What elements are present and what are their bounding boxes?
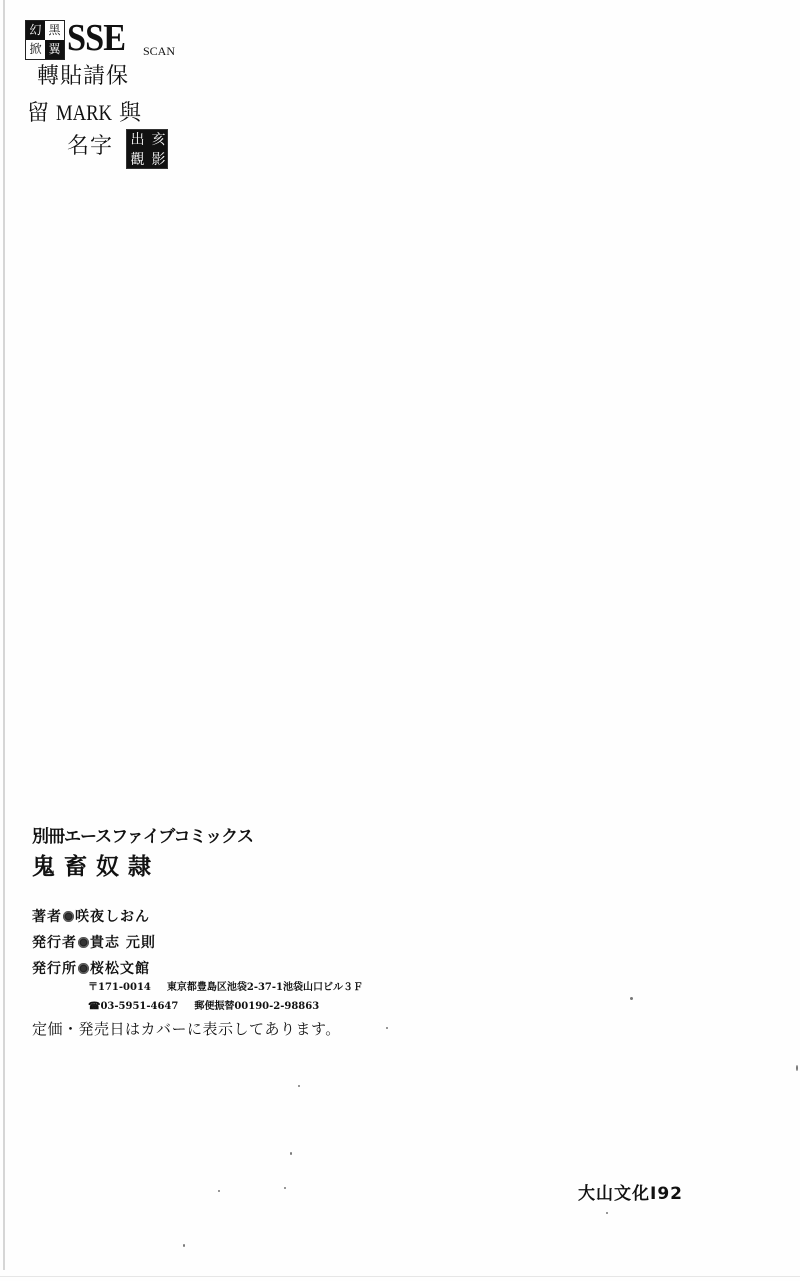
bullet-icon bbox=[63, 911, 74, 922]
group-name: SSE bbox=[67, 16, 125, 60]
book-title: 鬼畜奴隷 bbox=[32, 853, 160, 881]
repost-notice-line-3: 名字 bbox=[67, 134, 113, 160]
seal-icon: 出 亥 觀 影 bbox=[126, 129, 168, 169]
publisher-row: 発行所桜松文館 bbox=[32, 960, 150, 978]
postal-transfer: 郵便振替00190-2-98863 bbox=[194, 1001, 319, 1012]
group-stamp-icon: 幻 黑 掀 翼 bbox=[25, 20, 65, 60]
scan-speck bbox=[284, 1187, 286, 1189]
author-row: 著者咲夜しおん bbox=[32, 908, 150, 926]
price-note: 定価・発売日はカバーに表示してあります。 bbox=[32, 1019, 341, 1039]
notice-text: 留 bbox=[27, 101, 49, 126]
stamp-char: 翼 bbox=[45, 40, 64, 59]
scan-speck bbox=[606, 1212, 608, 1214]
contact-row: ☎03-5951-4647郵便振替00190-2-98863 bbox=[88, 1000, 319, 1014]
scan-speck bbox=[796, 1065, 798, 1071]
publisher-person-name: 貴志 元則 bbox=[90, 935, 156, 951]
address-row: 〒171-0014東京都豊島区池袋2-37-1池袋山口ビル３Ｆ bbox=[88, 981, 363, 995]
notice-text: 與 bbox=[119, 101, 141, 126]
scan-speck bbox=[183, 1244, 185, 1247]
author-name: 咲夜しおん bbox=[75, 909, 150, 925]
seal-char: 出 bbox=[127, 130, 148, 150]
postal-code: 〒171-0014 bbox=[88, 982, 151, 993]
seal-char: 觀 bbox=[127, 150, 148, 170]
notice-mark: MARK bbox=[56, 100, 112, 126]
bullet-icon bbox=[78, 937, 89, 948]
repost-notice-line-1: 轉貼請保 bbox=[37, 64, 129, 90]
stamp-char: 黑 bbox=[45, 21, 64, 40]
scan-speck bbox=[298, 1085, 300, 1087]
scan-bottom-line bbox=[0, 1276, 800, 1277]
repost-notice-line-2: 留MARK與 bbox=[27, 100, 141, 127]
street-address: 東京都豊島区池袋2-37-1池袋山口ビル３Ｆ bbox=[167, 982, 363, 993]
colophon-page: 幻 黑 掀 翼 SSE SCAN 轉貼請保 留MARK與 名字 出 亥 觀 影 … bbox=[0, 0, 800, 1281]
scan-speck bbox=[386, 1027, 388, 1029]
scan-edge-line bbox=[3, 0, 5, 1270]
scan-speck bbox=[630, 997, 633, 1000]
bullet-icon bbox=[78, 963, 89, 974]
seal-char: 影 bbox=[148, 150, 169, 170]
publisher-name: 桜松文館 bbox=[90, 961, 150, 977]
phone-number: ☎03-5951-4647 bbox=[88, 1001, 178, 1012]
seal-char: 亥 bbox=[148, 130, 169, 150]
publisher-person-label: 発行者 bbox=[32, 935, 77, 951]
series-name: 別冊エースファイブコミックス bbox=[32, 826, 253, 848]
stamp-char: 掀 bbox=[26, 40, 45, 59]
printer-mark: 大山文化I92 bbox=[578, 1183, 683, 1205]
publisher-person-row: 発行者貴志 元則 bbox=[32, 934, 156, 952]
stamp-char: 幻 bbox=[26, 21, 45, 40]
group-suffix: SCAN bbox=[143, 44, 175, 58]
author-label: 著者 bbox=[32, 909, 62, 925]
scan-speck bbox=[218, 1190, 220, 1192]
publisher-label: 発行所 bbox=[32, 961, 77, 977]
scan-speck bbox=[290, 1152, 292, 1155]
